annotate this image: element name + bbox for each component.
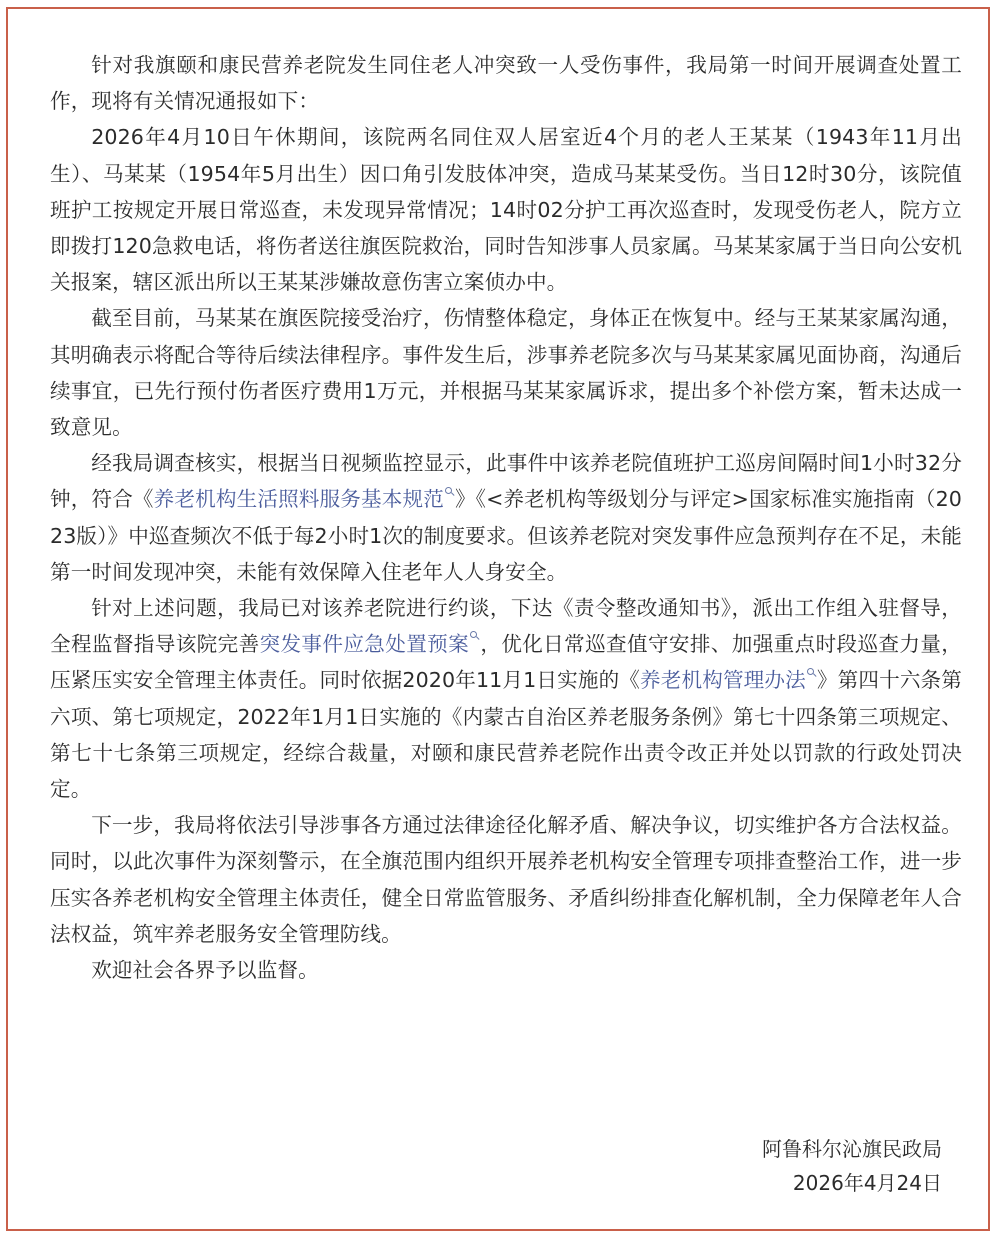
paragraph-investigation: 经我局调查核实，根据当日视频监控显示，此事件中该养老院值班护工巡房间隔时间1小时… [50, 445, 962, 590]
link-emergency-plan[interactable]: 突发事件应急处置预案 [260, 632, 481, 656]
notice-frame: 针对我旗颐和康民营养老院发生同住老人冲突致一人受伤事件，我局第一时间开展调查处置… [6, 7, 990, 1231]
notice-body: 针对我旗颐和康民营养老院发生同住老人冲突致一人受伤事件，我局第一时间开展调查处置… [50, 47, 962, 988]
paragraph-text: 针对我旗颐和康民营养老院发生同住老人冲突致一人受伤事件，我局第一时间开展调查处置… [50, 53, 962, 113]
paragraph-text: 2026年4月10日午休期间，该院两名同住双人居室近4个月的老人王某某（1943… [50, 125, 962, 294]
link-care-service-standard[interactable]: 养老机构生活照料服务基本规范 [154, 487, 455, 511]
paragraph-text: 截至目前，马某某在旗医院接受治疗，伤情整体稳定，身体正在恢复中。经与王某某家属沟… [50, 306, 962, 439]
search-icon[interactable] [807, 668, 815, 680]
search-icon[interactable] [470, 631, 478, 643]
link-management-measures[interactable]: 养老机构管理办法 [640, 668, 817, 692]
link-text[interactable]: 养老机构生活照料服务基本规范 [154, 487, 444, 511]
paragraph-status: 截至目前，马某某在旗医院接受治疗，伤情整体稳定，身体正在恢复中。经与王某某家属沟… [50, 300, 962, 445]
paragraph-text: 下一步，我局将依法引导涉事各方通过法律途径化解矛盾、解决争议，切实维护各方合法权… [50, 813, 962, 946]
paragraph-closing: 欢迎社会各界予以监督。 [50, 952, 962, 988]
paragraph-intro: 针对我旗颐和康民营养老院发生同住老人冲突致一人受伤事件，我局第一时间开展调查处置… [50, 47, 962, 119]
paragraph-measures: 针对上述问题，我局已对该养老院进行约谈，下达《责令整改通知书》，派出工作组入驻督… [50, 590, 962, 807]
link-text[interactable]: 养老机构管理办法 [640, 668, 806, 692]
paragraph-next-steps: 下一步，我局将依法引导涉事各方通过法律途径化解矛盾、解决争议，切实维护各方合法权… [50, 807, 962, 952]
issue-date: 2026年4月24日 [762, 1166, 942, 1200]
issuer-name: 阿鲁科尔沁旗民政局 [762, 1132, 942, 1166]
paragraph-text: 欢迎社会各界予以监督。 [91, 958, 319, 982]
signature-block: 阿鲁科尔沁旗民政局 2026年4月24日 [762, 1132, 942, 1200]
search-icon[interactable] [445, 487, 453, 499]
paragraph-incident: 2026年4月10日午休期间，该院两名同住双人居室近4个月的老人王某某（1943… [50, 119, 962, 300]
link-text[interactable]: 突发事件应急处置预案 [260, 632, 470, 656]
